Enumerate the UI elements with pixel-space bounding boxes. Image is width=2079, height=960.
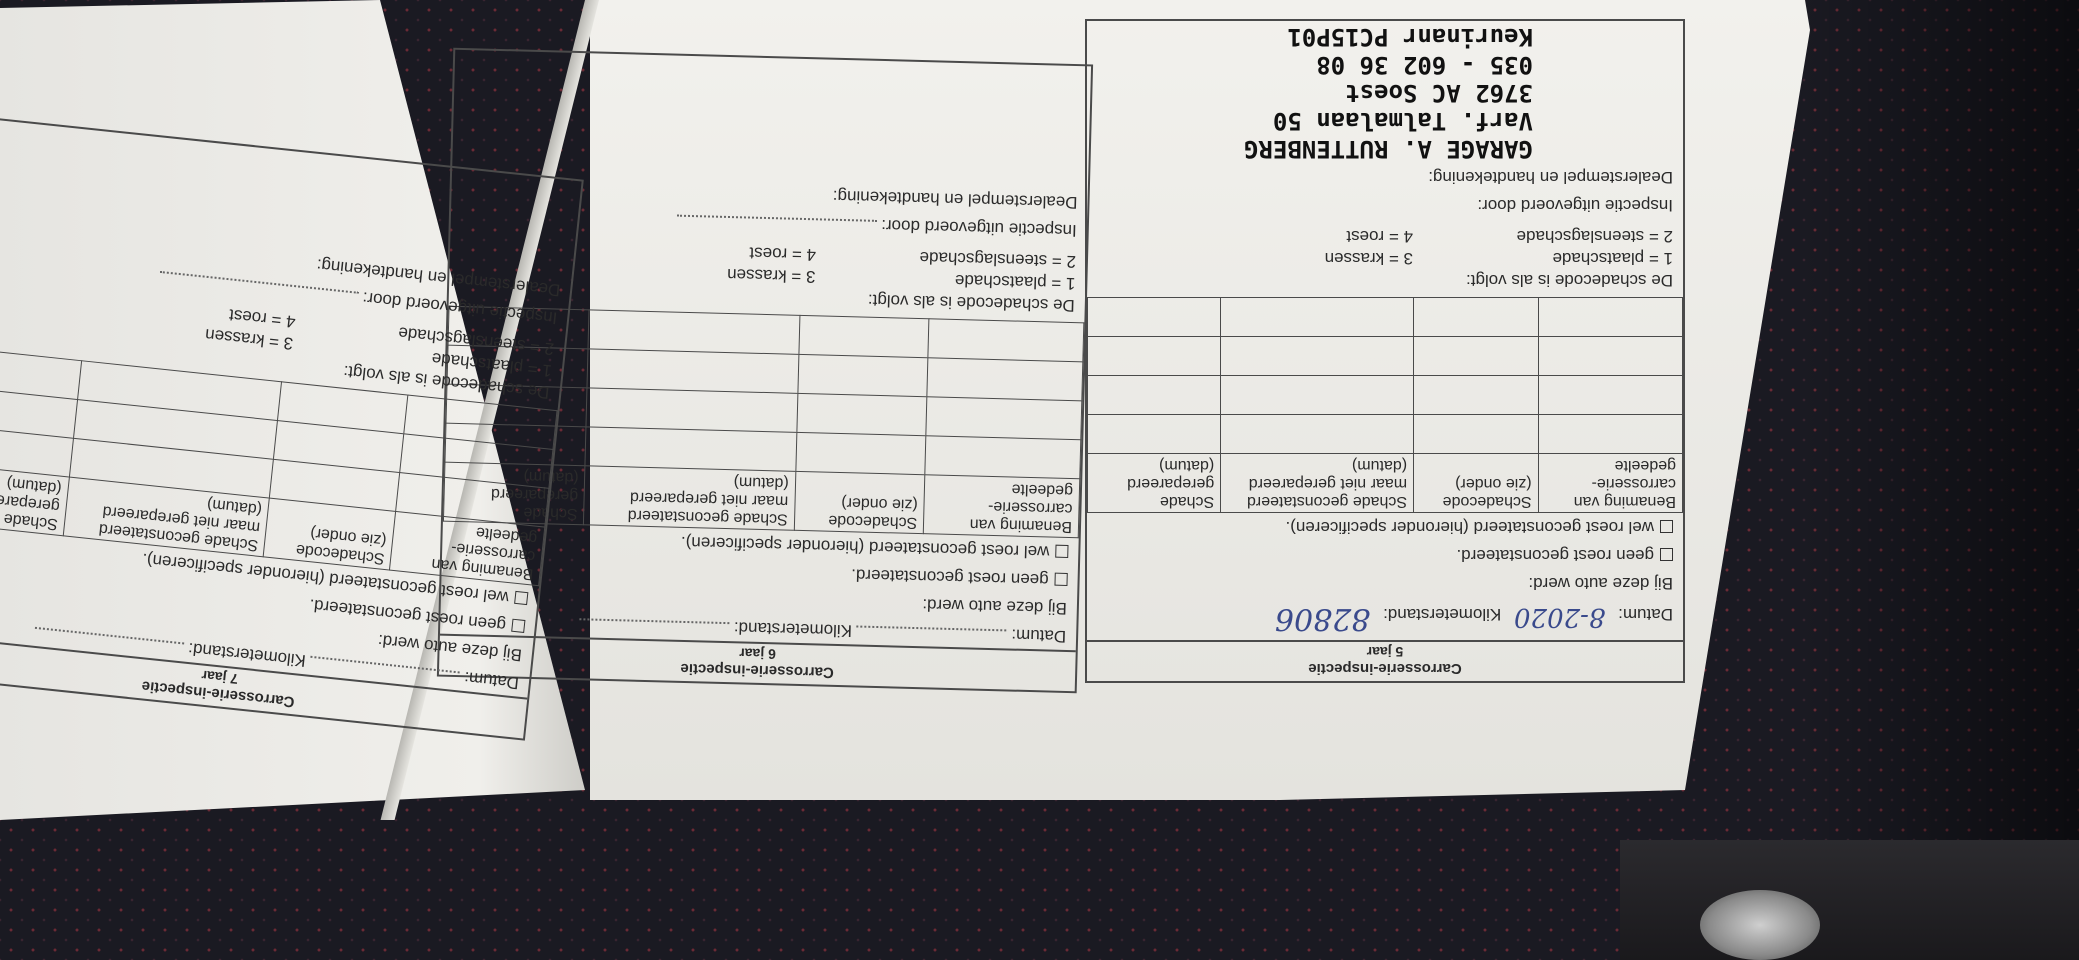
- table-row: [1088, 415, 1683, 454]
- table-header: Schade gerepareerd (datum): [1088, 454, 1221, 513]
- km-value[interactable]: 82806: [1275, 601, 1370, 636]
- datum-row: Datum: 8-2020 Kilometerstand: 82806: [1087, 597, 1683, 640]
- damage-codes: De schadecode is als volgt: 1 = plaatsch…: [1087, 219, 1683, 297]
- table-row: [1088, 337, 1683, 376]
- table-row: [1088, 298, 1683, 337]
- table-header: Benaming van carrosserie-gedeelte: [924, 475, 1080, 538]
- checkbox-icon[interactable]: [1660, 520, 1673, 533]
- checkbox-icon[interactable]: [1660, 548, 1673, 561]
- dealer-stamp: GARAGE A. RUTTENBERG Varf. Talmalaan 50 …: [1087, 23, 1683, 163]
- inspection-panel-5-jaar: K-13-APK Carrosserie-inspectie 5 jaar Da…: [1085, 18, 1685, 683]
- table-header: Schadecode (zie onder): [1414, 454, 1539, 513]
- period-label: 5 jaar: [1087, 644, 1683, 660]
- inspection-card: Carrosserie-inspectie 5 jaar Datum: 8-20…: [1085, 19, 1685, 683]
- table-header: Schade geconstateerd maar niet gereparee…: [584, 466, 796, 530]
- table-header: Benaming van carrosserie-gedeelte: [1538, 454, 1682, 513]
- table-header: Schadecode (zie onder): [794, 471, 925, 533]
- table-header: Schade geconstateerd maar niet gereparee…: [1221, 454, 1414, 513]
- option-no-rust[interactable]: geen roest geconstateerd.: [1087, 541, 1683, 569]
- datum-field[interactable]: [856, 625, 1006, 643]
- table-row: [1088, 376, 1683, 415]
- inspected-by: Inspectie uitgevoerd door:: [1087, 191, 1683, 219]
- datum-value[interactable]: 8-2020: [1514, 602, 1606, 632]
- console-knob: [1700, 890, 1820, 960]
- car-console: [1620, 840, 2079, 960]
- inspection-card: Carrosserie-inspectie 7 jaar Datum: Kilo…: [0, 115, 584, 741]
- intro-text: Bij deze auto werd:: [1087, 569, 1683, 597]
- checkbox-icon[interactable]: [514, 591, 528, 605]
- km-field[interactable]: [579, 618, 729, 636]
- dealer-stamp-label: Dealerstempel en handtekening:: [1087, 163, 1683, 191]
- checkbox-icon[interactable]: [1054, 573, 1067, 586]
- inspection-panel-7-jaar: Carrosserie-inspectie 7 jaar Datum: Kilo…: [0, 39, 592, 740]
- option-rust[interactable]: wel roest geconstateerd (hieronder speci…: [1087, 513, 1683, 541]
- background-shadow: [1799, 0, 2079, 960]
- damage-table: Benaming van carrosserie-gedeelte Schade…: [1087, 297, 1683, 513]
- checkbox-icon[interactable]: [1055, 545, 1068, 558]
- inspector-field[interactable]: [676, 215, 876, 234]
- checkbox-icon[interactable]: [511, 619, 525, 633]
- card-title: Carrosserie-inspectie 5 jaar: [1087, 640, 1683, 681]
